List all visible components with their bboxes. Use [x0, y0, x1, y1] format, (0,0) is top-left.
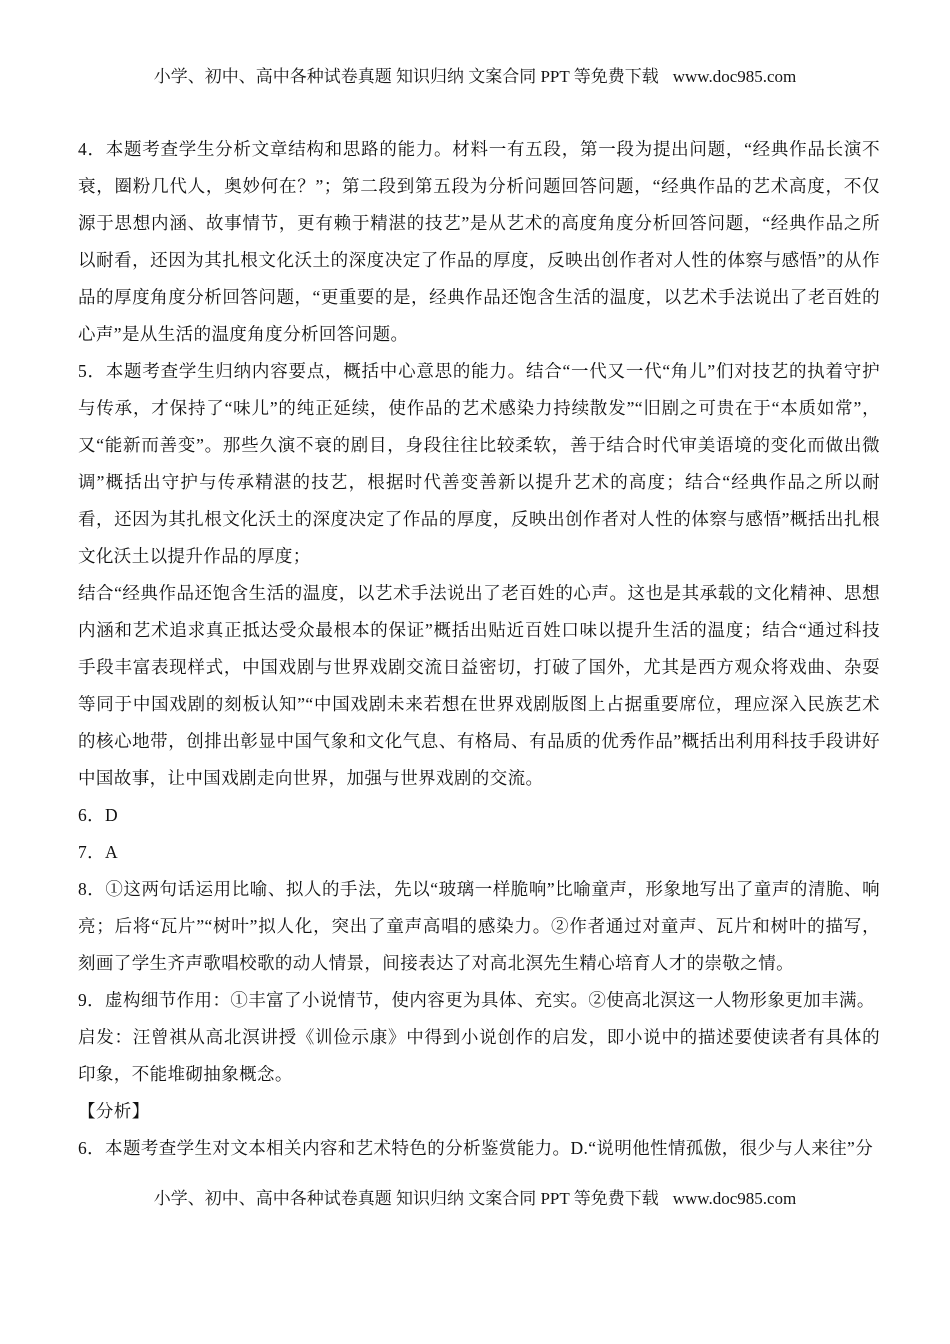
header-notice: 小学、初中、高中各种试卷真题 知识归纳 文案合同 PPT 等免费下载 [154, 67, 659, 86]
answer-q6: 6．D [78, 797, 880, 834]
page-footer: 小学、初中、高中各种试卷真题 知识归纳 文案合同 PPT 等免费下载www.do… [0, 1184, 950, 1209]
analysis-paragraph-q6: 6．本题考查学生对文本相关内容和艺术特色的分析鉴赏能力。D.“说明他性情孤傲，很… [78, 1130, 880, 1167]
answer-paragraph-q5-part2: 结合“经典作品还饱含生活的温度，以艺术手法说出了老百姓的心声。这也是其承载的文化… [78, 575, 880, 797]
footer-notice: 小学、初中、高中各种试卷真题 知识归纳 文案合同 PPT 等免费下载 [154, 1189, 659, 1208]
document-page: 小学、初中、高中各种试卷真题 知识归纳 文案合同 PPT 等免费下载www.do… [0, 0, 950, 1344]
answer-paragraph-q5-part1: 5．本题考查学生归纳内容要点，概括中心意思的能力。结合“一代又一代“角儿”们对技… [78, 353, 880, 575]
header-site-url: www.doc985.com [673, 67, 797, 86]
answer-paragraph-q8: 8．①这两句话运用比喻、拟人的手法，先以“玻璃一样脆响”比喻童声，形象地写出了童… [78, 871, 880, 982]
document-body: 4．本题考查学生分析文章结构和思路的能力。材料一有五段，第一段为提出问题，“经典… [78, 131, 880, 1167]
footer-site-url: www.doc985.com [673, 1189, 797, 1208]
answer-paragraph-q9-insight: 启发：汪曾祺从高北溟讲授《训俭示康》中得到小说创作的启发，即小说中的描述要使读者… [78, 1019, 880, 1093]
answer-q7: 7．A [78, 834, 880, 871]
page-header: 小学、初中、高中各种试卷真题 知识归纳 文案合同 PPT 等免费下载www.do… [0, 62, 950, 87]
analysis-section-label: 【分析】 [78, 1093, 880, 1130]
answer-paragraph-q4: 4．本题考查学生分析文章结构和思路的能力。材料一有五段，第一段为提出问题，“经典… [78, 131, 880, 353]
answer-paragraph-q9: 9．虚构细节作用：①丰富了小说情节，使内容更为具体、充实。②使高北溟这一人物形象… [78, 982, 880, 1019]
